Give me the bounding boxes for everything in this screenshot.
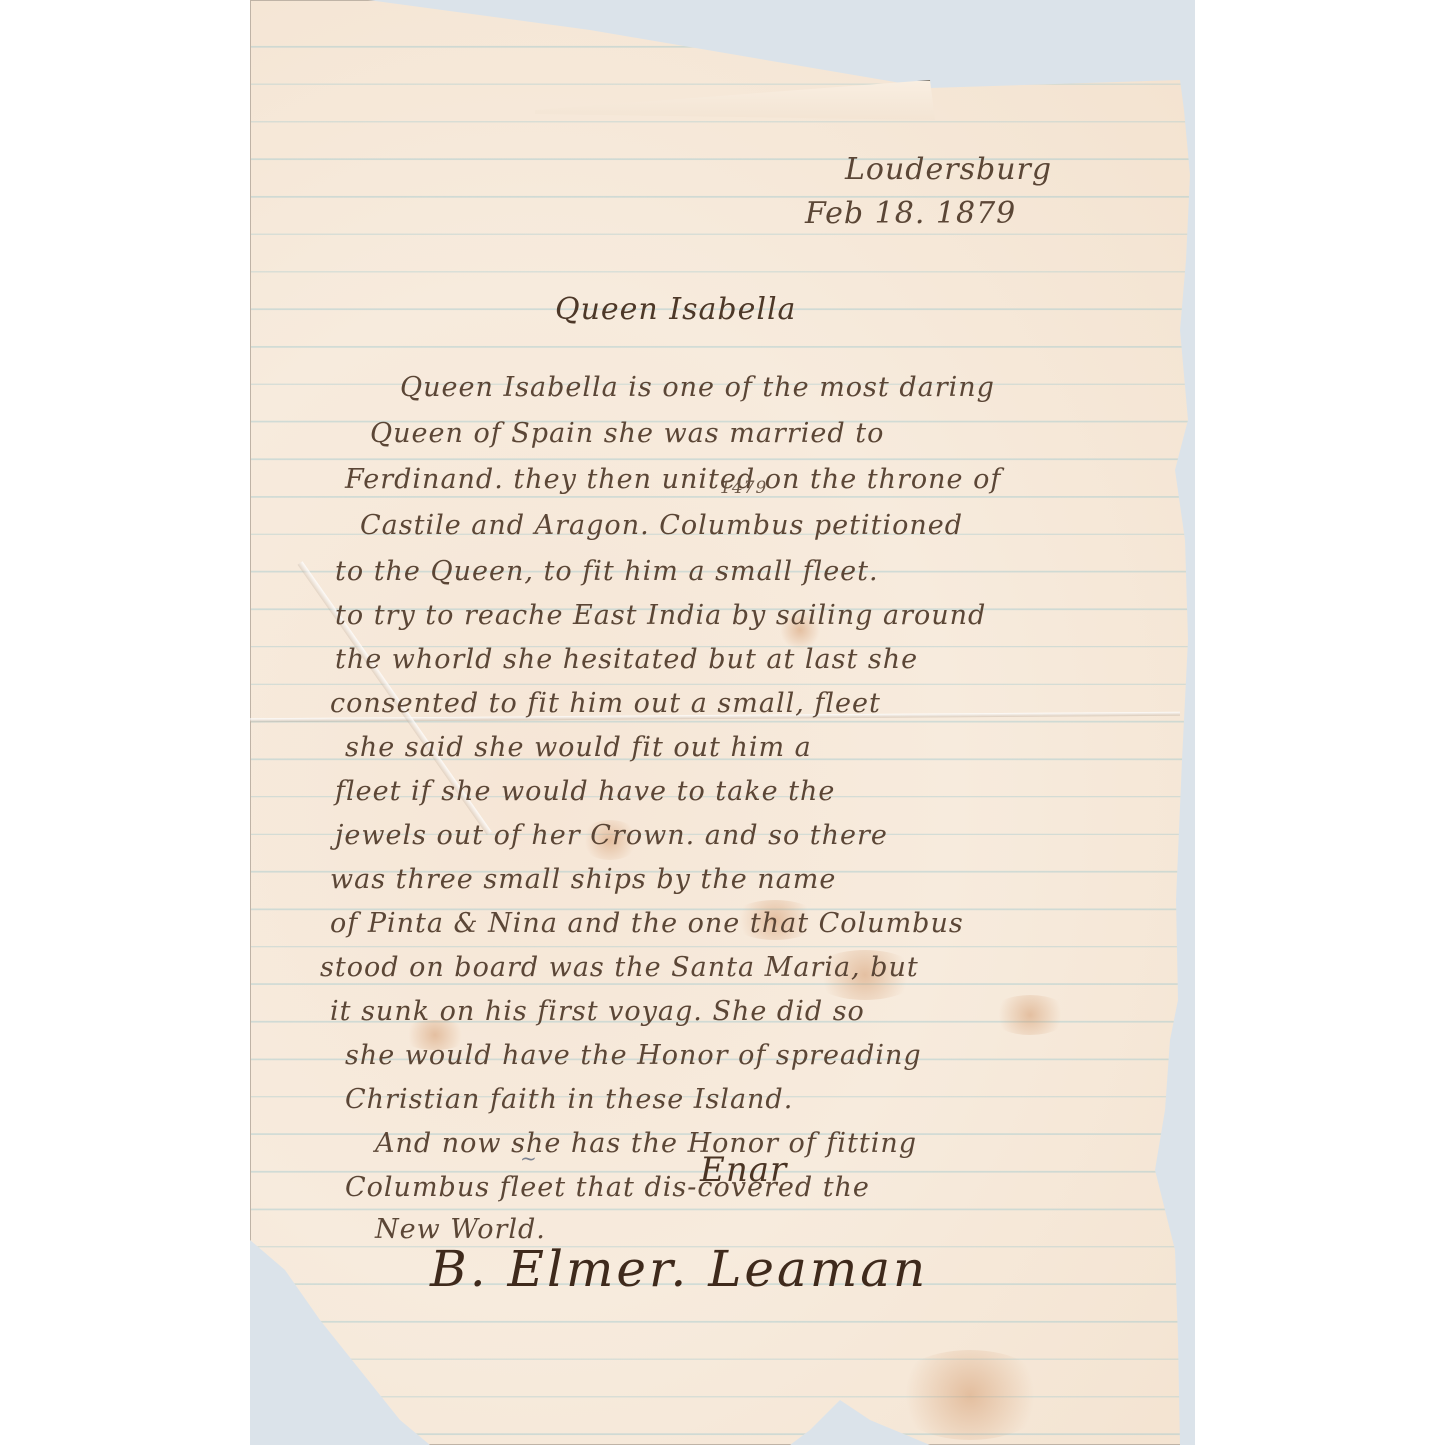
body-line: Castile and Aragon. Columbus petitioned [360,510,963,541]
body-line: she would have the Honor of spreading [345,1040,922,1071]
interlinear-note: 1479 [720,478,767,498]
body-line: was three small ships by the name [330,864,836,895]
body-line: to try to reache East India by sailing a… [335,600,986,631]
body-line: it sunk on his first voyag. She did so [330,996,865,1027]
signature: B. Elmer. Leaman [430,1240,928,1298]
body-line: Christian faith in these Island. [345,1084,793,1115]
body-line: fleet if she would have to take the [335,776,835,807]
stain [890,1350,1050,1440]
body-line: And now she has the Honor of fitting [375,1128,917,1159]
body-line: Ferdinand. they then united on the thron… [345,464,1001,495]
stain [990,995,1070,1035]
body-line: Columbus fleet that dis-covered the [345,1172,870,1203]
body-line: she said she would fit out him a [345,732,812,763]
body-line: consented to fit him out a small, fleet [330,688,881,719]
letter-date: Feb 18. 1879 [805,196,1016,231]
scan-scene: Loudersburg Feb 18. 1879 Queen Isabella … [0,0,1445,1445]
pencil-mark: ~ [520,1146,538,1170]
body-line: jewels out of her Crown. and so there [335,820,888,851]
body-line: of Pinta & Nina and the one that Columbu… [330,908,964,939]
letter-title: Queen Isabella [555,292,796,327]
body-line: Queen of Spain she was married to [370,418,884,449]
body-line: stood on board was the Santa Maria, but [320,952,919,983]
body-line: Queen Isabella is one of the most daring [400,372,995,403]
body-line: the whorld she hesitated but at last she [335,644,918,675]
letter-place: Loudersburg [845,152,1052,187]
signoff: Enar [700,1150,787,1190]
body-line: to the Queen, to fit him a small fleet. [335,556,879,587]
